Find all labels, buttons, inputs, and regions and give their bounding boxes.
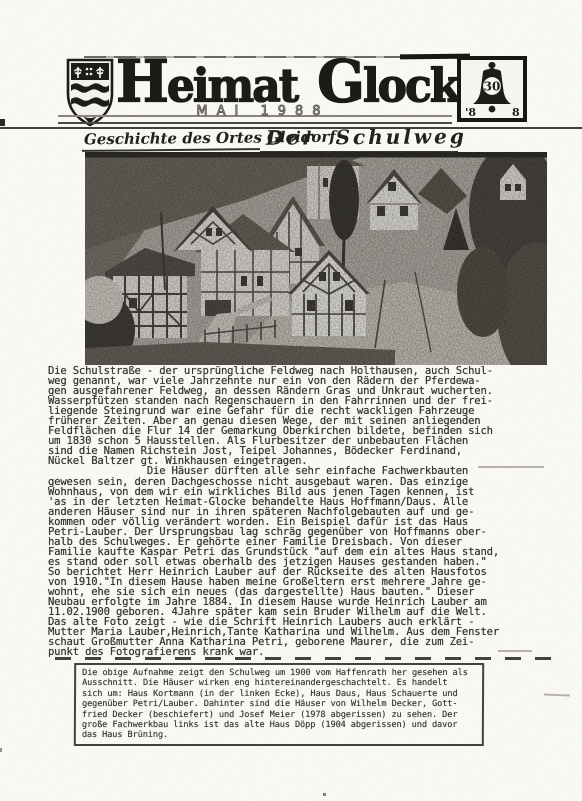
bell-issue-badge: 30 '8 8: [456, 55, 528, 125]
caption-text: Die obige Aufnahme zeigt den Schulweg um…: [76, 665, 482, 741]
village-photograph: [85, 152, 547, 365]
date-line: MAI 1988: [168, 104, 358, 119]
masthead-bottom-rule-2: [58, 122, 452, 124]
scan-smudge: [478, 466, 544, 468]
caption-box: Die obige Aufnahme zeigt den Schulweg um…: [74, 663, 484, 746]
year-mark-left: '8: [465, 106, 476, 119]
scanned-newsletter-page: Heimat Glocke 30 '8 8 MAI 1988 Geschicht…: [0, 0, 582, 801]
scan-speck: [0, 748, 2, 752]
scan-speck: [323, 793, 326, 796]
scan-smudge: [544, 694, 570, 697]
scan-speck: [0, 119, 5, 126]
caption-dashed-rule: [55, 657, 560, 660]
scan-smudge: [498, 650, 532, 652]
issue-number: 30: [484, 80, 501, 94]
handwritten-article-title: Der Schulweg: [266, 124, 467, 149]
article-text: Die Schulstraße - der ursprüngliche Feld…: [48, 366, 499, 657]
coat-of-arms-icon: [64, 57, 116, 129]
year-mark-right: 8: [512, 106, 520, 119]
